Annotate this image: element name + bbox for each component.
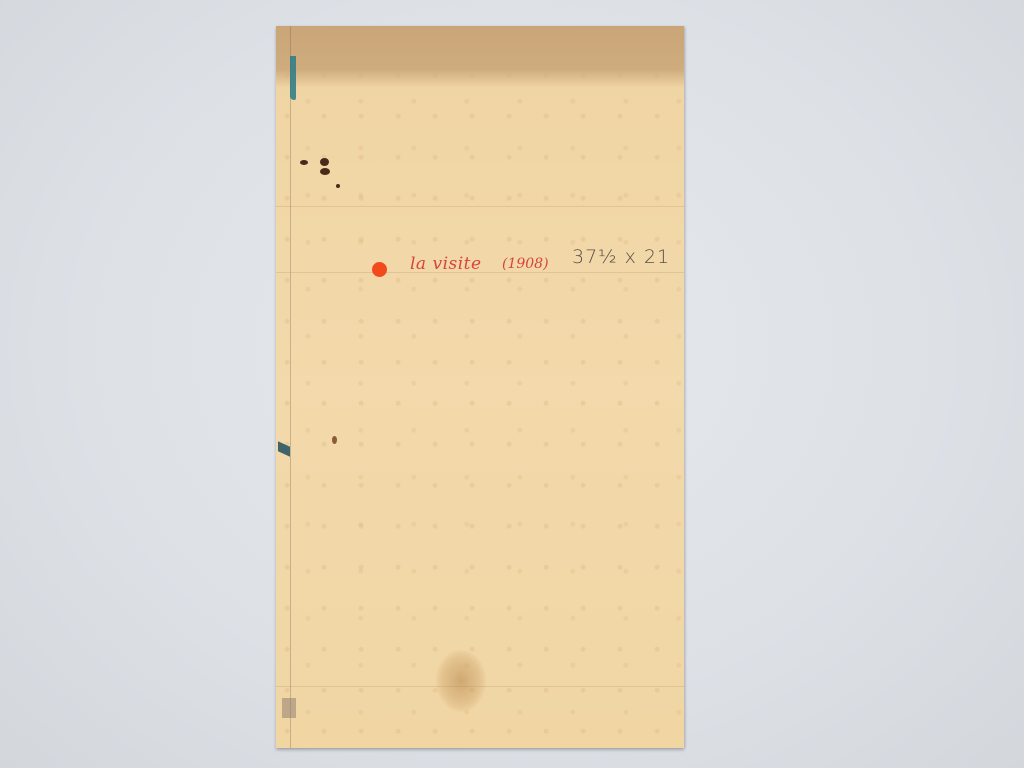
artwork-title: la visite xyxy=(410,254,482,274)
blue-paint-mark xyxy=(278,441,290,457)
pencil-guide-line xyxy=(276,206,684,207)
blue-paint-mark xyxy=(290,56,296,100)
tape-stain-band xyxy=(276,26,684,88)
artwork-dimensions: 37½ x 21 xyxy=(572,246,670,268)
red-sticker-dot xyxy=(372,262,387,277)
grey-patch xyxy=(282,698,296,718)
water-stain xyxy=(436,650,486,712)
pencil-margin-line xyxy=(290,26,291,748)
artwork-year: (1908) xyxy=(502,256,549,272)
cardboard-panel: la visite (1908) 37½ x 21 xyxy=(276,26,684,748)
